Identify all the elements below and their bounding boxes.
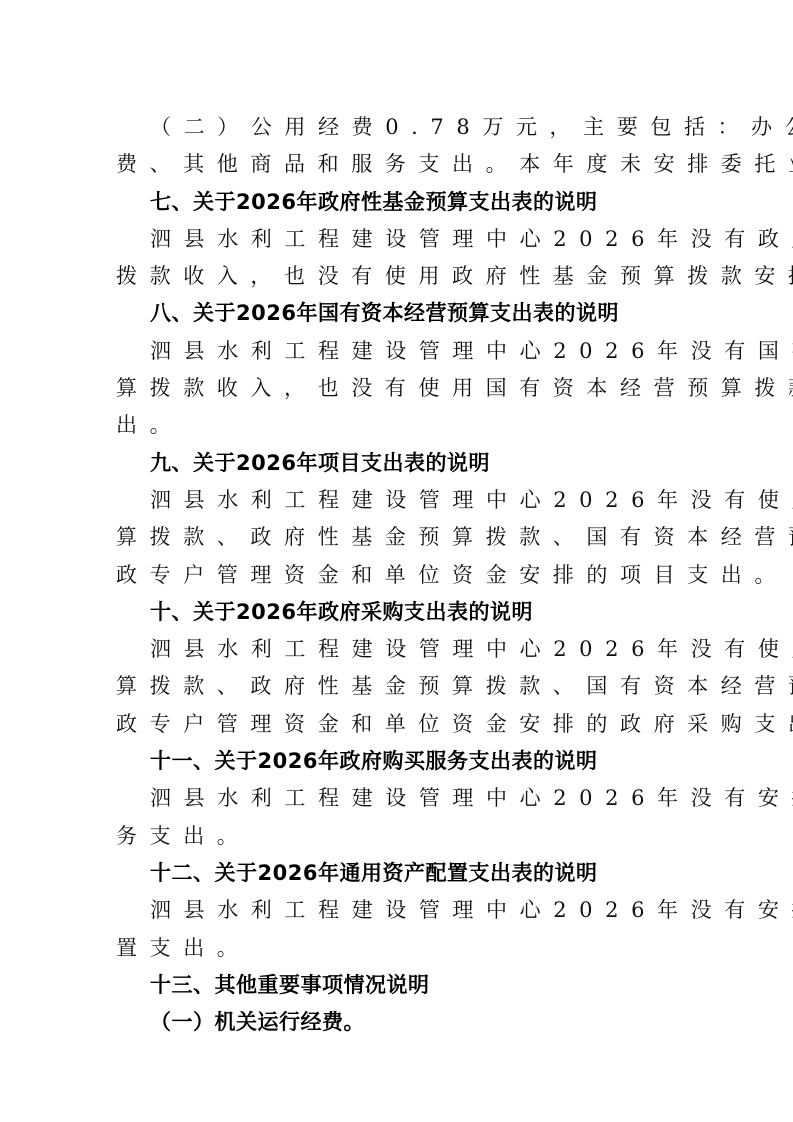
paragraph-line: 泗县水利工程建设管理中心2026年没有政府性基金预算	[116, 221, 682, 258]
section-heading: 七、关于2026年政府性基金预算支出表的说明	[116, 184, 682, 221]
paragraph-line: 算拨款、政府性基金预算拨款、国有资本经营预算拨款、财	[116, 668, 682, 705]
paragraph-line: 拨款收入，也没有使用政府性基金预算拨款安排的支出。	[116, 258, 682, 295]
paragraph-line: 泗县水利工程建设管理中心2026年没有使用一般公共预	[116, 482, 682, 519]
paragraph-line: 政专户管理资金和单位资金安排的政府采购支出。	[116, 706, 682, 743]
subsection-heading: （一）机关运行经费。	[116, 1004, 682, 1041]
section-heading: 十一、关于2026年政府购买服务支出表的说明	[116, 743, 682, 780]
paragraph-line: 泗县水利工程建设管理中心2026年没有安排政府购买服	[116, 780, 682, 817]
section-heading: 八、关于2026年国有资本经营预算支出表的说明	[116, 295, 682, 332]
paragraph-line: 费、其他商品和服务支出。本年度未安排委托业务费。	[116, 146, 682, 183]
paragraph-line: 算拨款收入，也没有使用国有资本经营预算拨款安排的支	[116, 370, 682, 407]
paragraph-line: 务支出。	[116, 818, 682, 855]
section-heading: 九、关于2026年项目支出表的说明	[116, 445, 682, 482]
section-heading: 十、关于2026年政府采购支出表的说明	[116, 594, 682, 631]
section-heading: 十二、关于2026年通用资产配置支出表的说明	[116, 855, 682, 892]
paragraph-line: 泗县水利工程建设管理中心2026年没有国有资本经营预	[116, 333, 682, 370]
document-page: （二）公用经费0.78万元，主要包括：办公费、工会经 费、其他商品和服务支出。本…	[116, 109, 682, 1041]
paragraph-line: 政专户管理资金和单位资金安排的项目支出。	[116, 557, 682, 594]
paragraph-line: 出。	[116, 407, 682, 444]
paragraph-line: 泗县水利工程建设管理中心2026年没有使用一般公共预	[116, 631, 682, 668]
paragraph-line: 泗县水利工程建设管理中心2026年没有安排通用资产配	[116, 892, 682, 929]
paragraph-line: 算拨款、政府性基金预算拨款、国有资本经营预算拨款、财	[116, 519, 682, 556]
paragraph-line: （二）公用经费0.78万元，主要包括：办公费、工会经	[116, 109, 682, 146]
paragraph-line: 置支出。	[116, 930, 682, 967]
section-heading: 十三、其他重要事项情况说明	[116, 967, 682, 1004]
